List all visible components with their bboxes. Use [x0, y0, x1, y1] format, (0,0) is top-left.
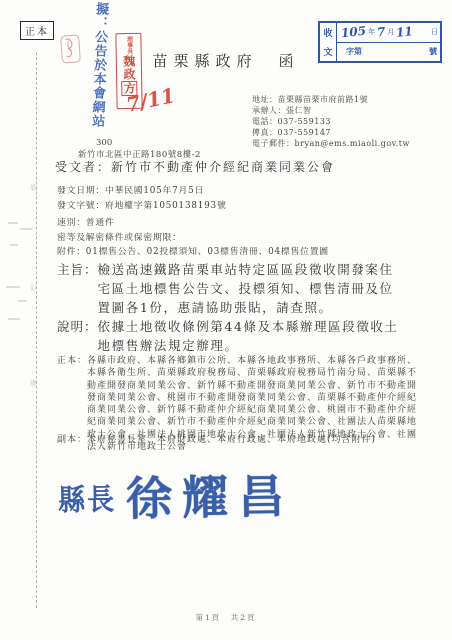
explanation-text: 依據土地徵收條例第44條及本縣辦理區段徵收土地標售辦法規定辦理。	[98, 317, 407, 355]
receive-day-value: 11	[396, 24, 414, 40]
magistrate-name: 徐耀昌	[125, 460, 294, 529]
document-meta: 發文日期：中華民國105年7月5日 發文字號：府地權字第1050138193號 …	[57, 184, 329, 260]
explanation-block: 說明： 依據土地徵收條例第44條及本縣辦理區段徵收土地標售辦法規定辦理。	[57, 317, 407, 355]
agency-address: 地址：苗栗縣苗栗市府前路1號	[252, 94, 410, 105]
copy-type-stamp: 正本	[20, 21, 54, 40]
recipient-zip: 300	[96, 138, 112, 148]
scan-noise	[18, 300, 27, 302]
magistrate-signature-stamp: 縣長 徐耀昌	[57, 460, 294, 530]
attachments-line: 附件：01標售公告、02投標須知、03標售清冊、04標售位置圖	[57, 245, 329, 260]
copy-text: 本府秘書長室、本府財政處、本府行政處、本府地政處(均含附件)	[87, 434, 419, 446]
scan-noise	[8, 222, 18, 224]
agency-contact-person: 承辦人：張仁智	[252, 105, 410, 116]
speed-line: 速別：普通件	[57, 216, 329, 231]
scan-noise	[10, 244, 18, 246]
doc-number-line: 發文字號：府地權字第1050138193號	[57, 199, 329, 214]
document-title: 苗栗縣政府 函	[0, 50, 452, 71]
subject-text: 檢送高速鐵路苗栗車站特定區區段徵收開發案住宅區土地標售公告文、投標須知、標售清冊…	[98, 260, 407, 317]
agency-phone: 電話：037-559133	[252, 116, 410, 127]
recipient-line: 受文者：新竹市不動產仲介經紀商業同業公會	[55, 158, 335, 175]
agency-contact-block: 地址：苗栗縣苗栗市府前路1號 承辦人：張仁智 電話：037-559133 傳真：…	[252, 94, 410, 149]
agency-email: 電子郵件：bryan@ems.miaoli.gov.tw	[252, 138, 410, 149]
scan-noise	[8, 318, 20, 320]
subject-label: 主旨：	[57, 260, 98, 317]
binding-mark-zhuang: 裝	[30, 183, 37, 193]
binding-mark-xian: 線	[30, 378, 37, 388]
copy-recipients-block: 副本： 本府秘書長室、本府財政處、本府行政處、本府地政處(均含附件)	[57, 434, 419, 446]
issue-date-line: 發文日期：中華民國105年7月5日	[57, 184, 329, 199]
page-number-footer: 第1頁 共2頁	[0, 612, 452, 623]
receive-year-label: 年	[368, 27, 375, 37]
receive-label-shou: 收	[320, 23, 336, 42]
copy-label: 副本：	[57, 434, 87, 446]
binding-dashed-line	[36, 52, 37, 608]
receive-date-row: 105 年 7 月 11 日	[337, 23, 440, 43]
subject-block: 主旨： 檢送高速鐵路苗栗車站特定區區段徵收開發案住宅區土地標售公告文、投標須知、…	[57, 260, 407, 317]
document-page: 裝 訂 線 正本 擬：公告於本會網站 理事長 魏政方 7/11 收 文 105 …	[0, 0, 452, 640]
magistrate-title: 縣長	[58, 475, 117, 519]
receive-month-label: 月	[387, 27, 394, 37]
agency-fax: 傳真：037-559147	[252, 127, 410, 138]
scan-noise	[6, 286, 20, 288]
receive-year-value: 105	[340, 24, 366, 41]
receive-month-value: 7	[376, 25, 386, 40]
receive-day-label: 日	[431, 27, 438, 37]
scan-noise	[20, 228, 32, 230]
binding-mark-ding: 訂	[30, 283, 37, 293]
explanation-label: 說明：	[57, 317, 98, 355]
security-line: 密等及解密條件或保密期限：	[57, 231, 329, 246]
